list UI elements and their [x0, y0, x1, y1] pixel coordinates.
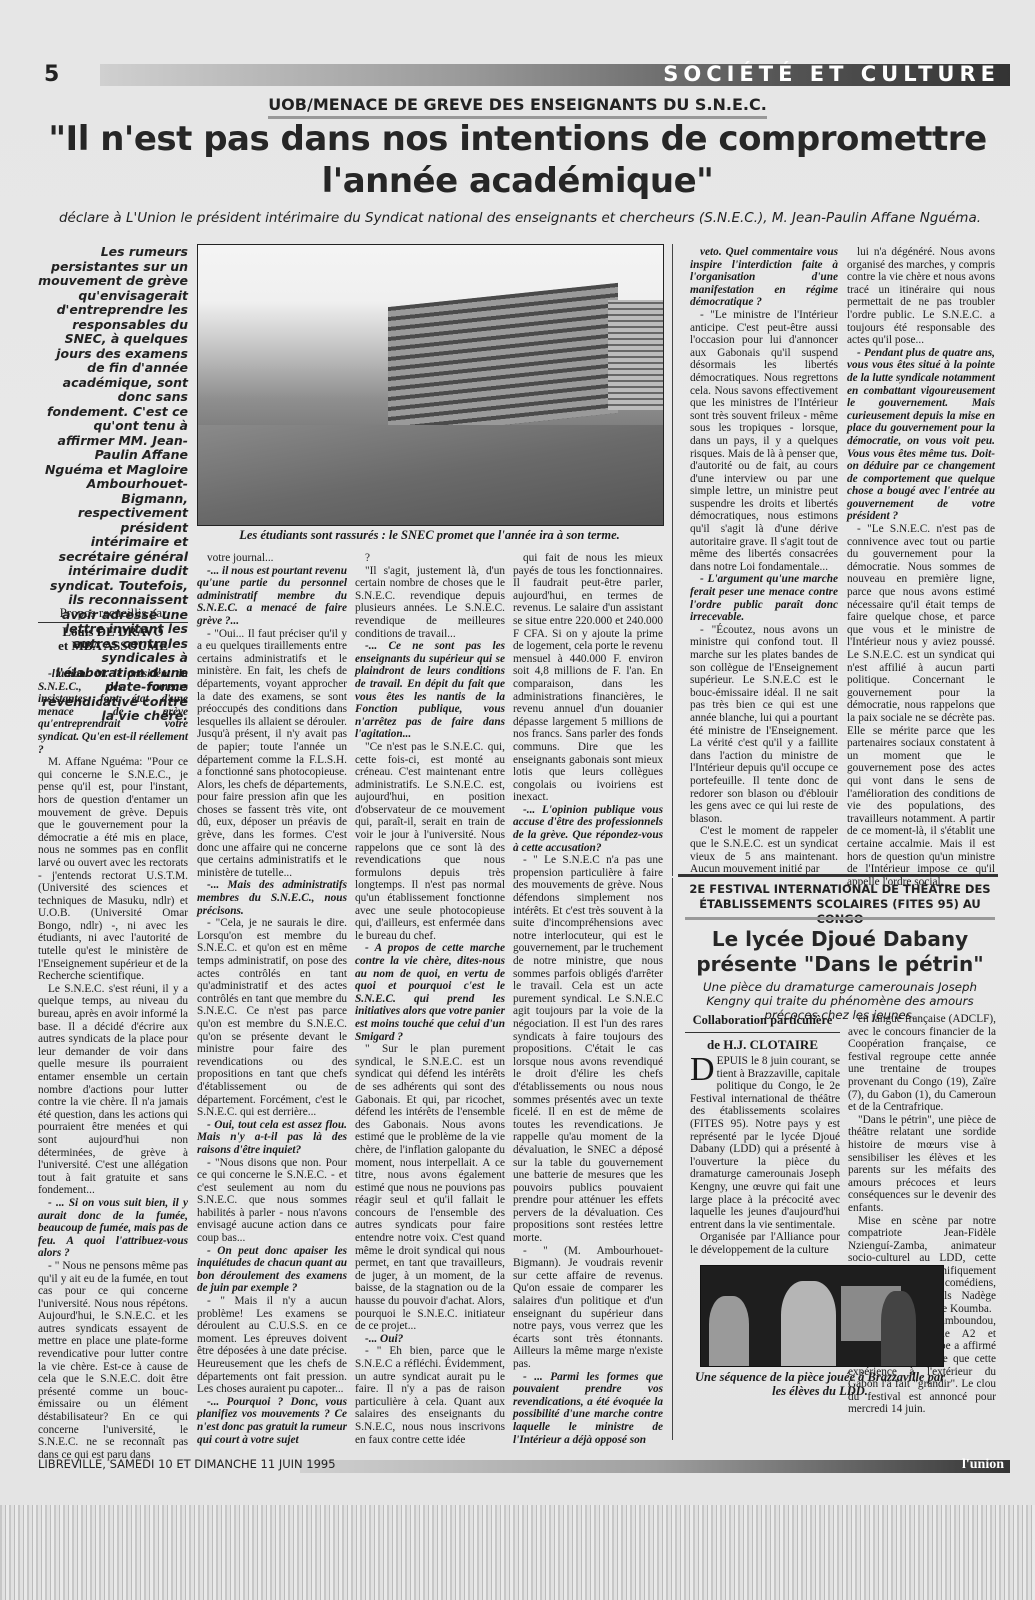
page-header: 5 SOCIÉTÉ ET CULTURE	[30, 60, 1010, 90]
article-column-2: votre journal...-... il nous est pourtan…	[197, 552, 347, 1446]
interview-answer: - "Oui... Il faut préciser qu'il y a eu …	[197, 628, 347, 880]
interview-answer: ?	[355, 552, 505, 565]
interview-question: veto. Quel commentaire vous inspire l'in…	[690, 246, 838, 309]
actor-figure	[881, 1291, 916, 1366]
theatre-scene-photo	[700, 1265, 944, 1367]
interview-answer: - "Le ministre de l'Intérieur anticipe. …	[690, 309, 838, 573]
interview-question: -... Oui?	[355, 1333, 505, 1346]
interview-answer: - " Le S.N.E.C n'a pas une propension pa…	[513, 854, 663, 1244]
interview-question: - ... Si on vous suit bien, il y aurait …	[38, 1197, 188, 1260]
section-divider	[678, 874, 998, 877]
interview-question: - ... Parmi les formes que pouvaient pre…	[513, 1371, 663, 1447]
interview-answer: - " Eh bien, parce que le S.N.E.C a réfl…	[355, 1345, 505, 1446]
interview-answer: "Il s'agit, justement là, d'un certain n…	[355, 565, 505, 641]
interview-question: - On peut donc apaiser les inquiétudes d…	[197, 1245, 347, 1295]
interview-question: - Pendant plus de quatre ans, vous vous …	[847, 347, 995, 523]
newspaper-brand: l'union	[962, 1457, 1004, 1473]
interview-answer: votre journal...	[197, 552, 347, 565]
dateline: LIBREVILLE, SAMEDI 10 ET DIMANCHE 11 JUI…	[38, 1457, 336, 1471]
building-shape	[388, 283, 618, 437]
newspaper-page: 5 SOCIÉTÉ ET CULTURE UOB/MENACE DE GREVE…	[0, 0, 1035, 1600]
interview-answer: - "Écoutez, nous avons un ministre qui c…	[690, 624, 838, 826]
ground-shape	[198, 425, 663, 525]
interview-question: -... Pourquoi ? Donc, vous planifiez vos…	[197, 1396, 347, 1446]
interview-answer: - "Nous disons que non. Pour ce qui conc…	[197, 1157, 347, 1245]
section-title: SOCIÉTÉ ET CULTURE	[663, 62, 1000, 86]
side-byline: Collaboration particulière de H.J. CLOTA…	[685, 1013, 840, 1052]
scan-artifact	[0, 1505, 1035, 1600]
side-photo-caption: Une séquence de la pièce jouée à Brazzav…	[690, 1370, 950, 1398]
footer-band	[300, 1460, 1010, 1473]
interview-answer: - "Cela, je ne saurais le dire. Lorsqu'o…	[197, 917, 347, 1119]
interview-answer: lui n'a dégénéré. Nous avons organisé de…	[847, 246, 995, 347]
article-column-5: veto. Quel commentaire vous inspire l'in…	[690, 246, 838, 876]
actor-figure	[781, 1281, 836, 1366]
collab-label: Collaboration particulière	[685, 1013, 840, 1033]
article-column-6: lui n'a dégénéré. Nous avons organisé de…	[847, 246, 995, 888]
building-shape	[608, 300, 663, 410]
interview-answer: "Ce n'est pas le S.N.E.C. qui, cette foi…	[355, 741, 505, 943]
side-article-headline: Le lycée Djoué Dabany présente "Dans le …	[685, 927, 995, 977]
side-article-kicker: 2E FESTIVAL INTERNATIONAL DE THÉATRE DES…	[685, 882, 995, 927]
section-band: SOCIÉTÉ ET CULTURE	[100, 64, 1010, 86]
side-paragraph: Organisée par l'Alliance pour le dévelop…	[690, 1231, 840, 1256]
byline-name: Louis DE DRAVO	[38, 625, 188, 639]
article-column-4: qui fait de nous les mieux payés de tous…	[513, 552, 663, 1446]
interview-answer: - " Mais il n'y a aucun problème! Les ex…	[197, 1295, 347, 1396]
interview-question: - Oui, tout cela est assez flou. Mais n'…	[197, 1119, 347, 1157]
interview-answer: qui fait de nous les mieux payés de tous…	[513, 552, 663, 804]
byline-name: et MBA ASSOUME	[38, 639, 188, 653]
article-column-3: ?"Il s'agit, justement là, d'un certain …	[355, 552, 505, 1446]
side-paragraph: DEPUIS le 8 juin courant, se tient à Bra…	[690, 1055, 840, 1231]
interview-answer: M. Affane Nguéma: "Pour ce qui concerne …	[38, 756, 188, 983]
page-number: 5	[44, 62, 59, 87]
interview-question: -... Ce ne sont pas les enseignants du s…	[355, 640, 505, 741]
interview-answer: Le S.N.E.C. s'est réuni, il y a quelque …	[38, 983, 188, 1197]
side-column-1: DEPUIS le 8 juin courant, se tient à Bra…	[690, 1055, 840, 1257]
actor-figure	[709, 1296, 749, 1366]
interview-question: - L'argument qu'une marche ferait peser …	[690, 573, 838, 623]
byline: Propos recueillis par Louis DE DRAVO et …	[38, 606, 188, 653]
interview-question: -... il nous est pourtant revenu qu'une …	[197, 565, 347, 628]
article-deck: déclare à L'Union le président intérimai…	[30, 210, 1010, 226]
interview-answer: C'est le moment de rappeler que le S.N.E…	[690, 825, 838, 875]
side-paragraph: "Dans le pétrin", une pièce de théâtre r…	[848, 1114, 996, 1215]
interview-answer: - "Le S.N.E.C. n'est pas de connivence a…	[847, 523, 995, 888]
article-headline: "Il n'est pas dans nos intentions de com…	[30, 118, 1005, 202]
interview-question: -... Mais des administratifs membres du …	[197, 879, 347, 917]
interview-question: - A propos de cette marche contre la vie…	[355, 942, 505, 1043]
column-divider	[672, 244, 673, 876]
collab-name: de H.J. CLOTAIRE	[685, 1037, 840, 1052]
byline-label: Propos recueillis par	[38, 606, 188, 623]
interview-answer: - " Nous ne pensons même pas qu'il y ait…	[38, 1260, 188, 1462]
page-footer: LIBREVILLE, SAMEDI 10 ET DIMANCHE 11 JUI…	[30, 1457, 1010, 1475]
kicker-text: UOB/MENACE DE GREVE DES ENSEIGNANTS DU S…	[268, 95, 767, 119]
interview-question: -l'union: M. le président du S.N.E.C., d…	[38, 668, 188, 756]
article-column-1: -l'union: M. le président du S.N.E.C., d…	[38, 668, 188, 1461]
interview-answer: " Sur le plan purement syndical, le S.N.…	[355, 1043, 505, 1333]
column-divider	[672, 878, 673, 1440]
interview-question: -... L'opinion publique vous accuse d'êt…	[513, 804, 663, 854]
article-photo-university-building	[197, 244, 664, 526]
side-paragraph: en langue française (ADCLF), avec le con…	[848, 1013, 996, 1114]
kicker-underline	[685, 917, 995, 920]
article-kicker: UOB/MENACE DE GREVE DES ENSEIGNANTS DU S…	[0, 95, 1035, 114]
interview-answer: - " (M. Ambourhouet-Bigmann). Je voudrai…	[513, 1245, 663, 1371]
photo-caption: Les étudiants sont rassurés : le SNEC pr…	[197, 528, 662, 543]
drop-cap: D	[690, 1057, 715, 1083]
